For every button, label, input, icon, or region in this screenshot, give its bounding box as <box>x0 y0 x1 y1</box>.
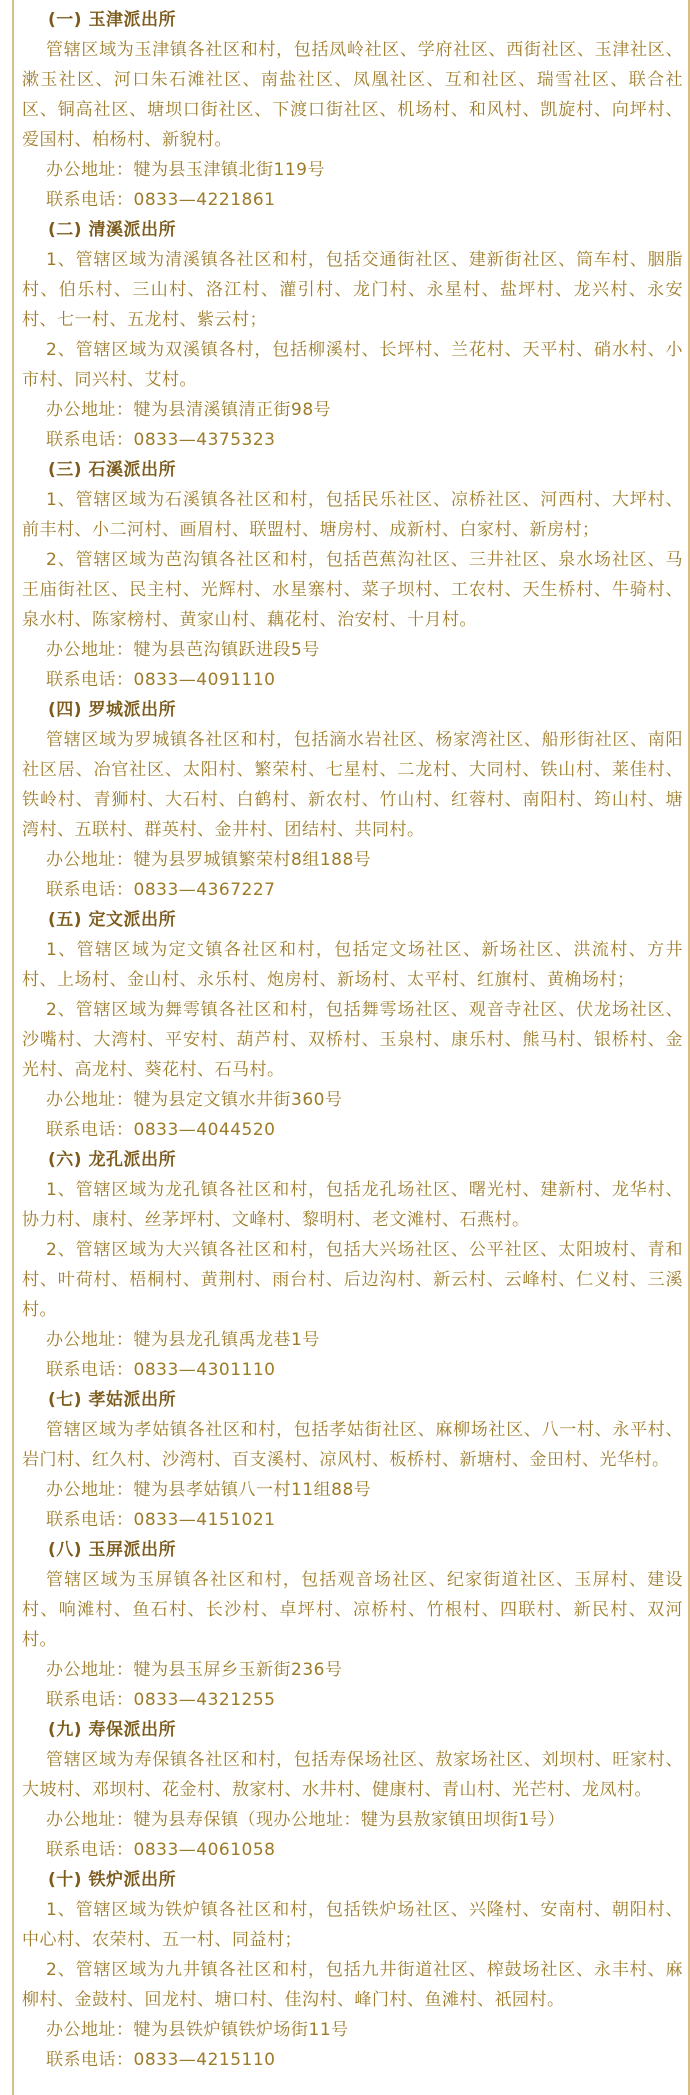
station-heading: (七) 孝姑派出所 <box>22 1385 683 1415</box>
station-heading: (四) 罗城派出所 <box>22 695 683 725</box>
station-section: (六) 龙孔派出所 1、管辖区域为龙孔镇各社区和村，包括龙孔场社区、曙光村、建新… <box>22 1145 683 1385</box>
jurisdiction-paragraph: 1、管辖区域为定文镇各社区和村，包括定文场社区、新场社区、洪流村、方井村、上场村… <box>22 935 683 995</box>
office-address: 办公地址：犍为县定文镇水井街360号 <box>22 1085 683 1115</box>
contact-phone: 联系电话：0833—4321255 <box>22 1685 683 1715</box>
station-section: (二) 清溪派出所 1、管辖区域为清溪镇各社区和村，包括交通街社区、建新街社区、… <box>22 215 683 455</box>
office-address: 办公地址：犍为县芭沟镇跃进段5号 <box>22 635 683 665</box>
station-section: (四) 罗城派出所 管辖区域为罗城镇各社区和村，包括滴水岩社区、杨家湾社区、船形… <box>22 695 683 905</box>
jurisdiction-paragraph: 1、管辖区域为龙孔镇各社区和村，包括龙孔场社区、曙光村、建新村、龙华村、协力村、… <box>22 1175 683 1235</box>
jurisdiction-paragraph: 2、管辖区域为舞雩镇各社区和村，包括舞雩场社区、观音寺社区、伏龙场社区、沙嘴村、… <box>22 995 683 1085</box>
jurisdiction-paragraph: 2、管辖区域为芭沟镇各社区和村，包括芭蕉沟社区、三井社区、泉水场社区、马王庙街社… <box>22 545 683 635</box>
jurisdiction-paragraph: 管辖区域为玉屏镇各社区和村，包括观音场社区、纪家街道社区、玉屏村、建设村、响滩村… <box>22 1565 683 1655</box>
jurisdiction-paragraph: 管辖区域为玉津镇各社区和村，包括凤岭社区、学府社区、西街社区、玉津社区、漱玉社区… <box>22 35 683 155</box>
office-address: 办公地址：犍为县铁炉镇铁炉场街11号 <box>22 2015 683 2045</box>
office-address: 办公地址：犍为县玉屏乡玉新街236号 <box>22 1655 683 1685</box>
station-heading: (十) 铁炉派出所 <box>22 1865 683 1895</box>
jurisdiction-paragraph: 1、管辖区域为铁炉镇各社区和村，包括铁炉场社区、兴隆村、安南村、朝阳村、中心村、… <box>22 1895 683 1955</box>
contact-phone: 联系电话：0833—4151021 <box>22 1505 683 1535</box>
jurisdiction-paragraph: 管辖区域为罗城镇各社区和村，包括滴水岩社区、杨家湾社区、船形街社区、南阳社区居、… <box>22 725 683 845</box>
station-heading: (六) 龙孔派出所 <box>22 1145 683 1175</box>
station-section: (一) 玉津派出所 管辖区域为玉津镇各社区和村，包括凤岭社区、学府社区、西街社区… <box>22 5 683 215</box>
station-section: (九) 寿保派出所 管辖区域为寿保镇各社区和村，包括寿保场社区、敖家场社区、刘坝… <box>22 1715 683 1865</box>
contact-phone: 联系电话：0833—4091110 <box>22 665 683 695</box>
station-section: (七) 孝姑派出所 管辖区域为孝姑镇各社区和村，包括孝姑街社区、麻柳场社区、八一… <box>22 1385 683 1535</box>
contact-phone: 联系电话：0833—4367227 <box>22 875 683 905</box>
contact-phone: 联系电话：0833—4044520 <box>22 1115 683 1145</box>
contact-phone: 联系电话：0833—4215110 <box>22 2045 683 2075</box>
station-heading: (三) 石溪派出所 <box>22 455 683 485</box>
office-address: 办公地址：犍为县孝姑镇八一村11组88号 <box>22 1475 683 1505</box>
station-heading: (一) 玉津派出所 <box>22 5 683 35</box>
station-heading: (八) 玉屏派出所 <box>22 1535 683 1565</box>
station-section: (八) 玉屏派出所 管辖区域为玉屏镇各社区和村，包括观音场社区、纪家街道社区、玉… <box>22 1535 683 1715</box>
police-station-directory: (一) 玉津派出所 管辖区域为玉津镇各社区和村，包括凤岭社区、学府社区、西街社区… <box>12 0 690 2095</box>
station-heading: (五) 定文派出所 <box>22 905 683 935</box>
jurisdiction-paragraph: 2、管辖区域为九井镇各社区和村，包括九井街道社区、榨鼓场社区、永丰村、麻柳村、金… <box>22 1955 683 2015</box>
jurisdiction-paragraph: 2、管辖区域为双溪镇各村，包括柳溪村、长坪村、兰花村、天平村、硝水村、小市村、同… <box>22 335 683 395</box>
office-address: 办公地址：犍为县龙孔镇禹龙巷1号 <box>22 1325 683 1355</box>
office-address: 办公地址：犍为县清溪镇清正街98号 <box>22 395 683 425</box>
contact-phone: 联系电话：0833—4301110 <box>22 1355 683 1385</box>
contact-phone: 联系电话：0833—4061058 <box>22 1835 683 1865</box>
contact-phone: 联系电话：0833—4221861 <box>22 185 683 215</box>
office-address: 办公地址：犍为县寿保镇（现办公地址：犍为县敖家镇田坝街1号） <box>22 1805 683 1835</box>
jurisdiction-paragraph: 管辖区域为孝姑镇各社区和村，包括孝姑街社区、麻柳场社区、八一村、永平村、岩门村、… <box>22 1415 683 1475</box>
jurisdiction-paragraph: 1、管辖区域为清溪镇各社区和村，包括交通街社区、建新街社区、筒车村、胭脂村、伯乐… <box>22 245 683 335</box>
jurisdiction-paragraph: 1、管辖区域为石溪镇各社区和村，包括民乐社区、凉桥社区、河西村、大坪村、前丰村、… <box>22 485 683 545</box>
office-address: 办公地址：犍为县玉津镇北街119号 <box>22 155 683 185</box>
contact-phone: 联系电话：0833—4375323 <box>22 425 683 455</box>
jurisdiction-paragraph: 管辖区域为寿保镇各社区和村，包括寿保场社区、敖家场社区、刘坝村、旺家村、大坡村、… <box>22 1745 683 1805</box>
station-section: (五) 定文派出所 1、管辖区域为定文镇各社区和村，包括定文场社区、新场社区、洪… <box>22 905 683 1145</box>
jurisdiction-paragraph: 2、管辖区域为大兴镇各社区和村，包括大兴场社区、公平社区、太阳坡村、青和村、叶荷… <box>22 1235 683 1325</box>
station-section: (三) 石溪派出所 1、管辖区域为石溪镇各社区和村，包括民乐社区、凉桥社区、河西… <box>22 455 683 695</box>
office-address: 办公地址：犍为县罗城镇繁荣村8组188号 <box>22 845 683 875</box>
station-section: (十) 铁炉派出所 1、管辖区域为铁炉镇各社区和村，包括铁炉场社区、兴隆村、安南… <box>22 1865 683 2075</box>
station-heading: (二) 清溪派出所 <box>22 215 683 245</box>
station-heading: (九) 寿保派出所 <box>22 1715 683 1745</box>
